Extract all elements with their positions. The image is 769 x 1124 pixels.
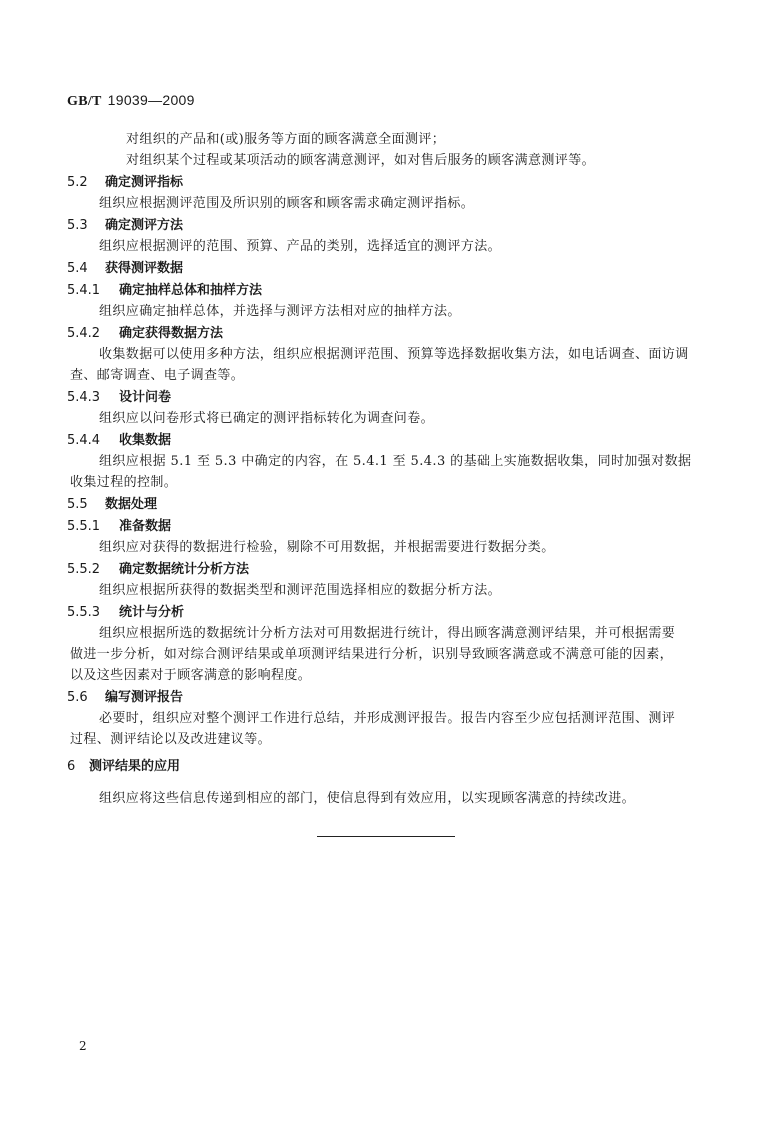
standard-prefix: GB/T (67, 94, 102, 109)
standard-number: GB/T19039—2009 (67, 92, 195, 110)
paragraph-line: 组织应根据 5.1 至 5.3 中确定的内容，在 5.4.1 至 5.4.3 的… (99, 452, 691, 472)
page-number: 2 (79, 1039, 87, 1053)
section-title: 设计问卷 (119, 390, 171, 405)
section-number: 5.2 (67, 173, 105, 193)
section-heading: 5.4获得测评数据 (67, 259, 183, 279)
paragraph-line: 组织应根据所获得的数据类型和测评范围选择相应的数据分析方法。 (99, 581, 501, 601)
paragraph-line: 查、邮寄调查、电子调查等。 (70, 366, 244, 386)
section-number: 5.5.1 (67, 517, 119, 537)
section-title: 数据处理 (105, 497, 157, 512)
section-title: 确定测评方法 (105, 218, 183, 233)
section-heading: 5.4.3设计问卷 (67, 388, 171, 408)
section-title: 收集数据 (119, 433, 171, 448)
section-title: 确定抽样总体和抽样方法 (119, 283, 262, 298)
section-heading: 5.5.1准备数据 (67, 517, 171, 537)
section-heading: 5.4.2确定获得数据方法 (67, 324, 223, 344)
section-title: 确定获得数据方法 (119, 326, 223, 341)
section-heading: 5.5.3统计与分析 (67, 603, 184, 623)
paragraph-line: 做进一步分析，如对综合测评结果或单项测评结果进行分析，识别导致顾客满意或不满意可… (70, 645, 673, 665)
standard-code: 19039—2009 (108, 92, 195, 108)
section-heading: 5.6编写测评报告 (67, 688, 183, 708)
section-heading: 5.5.2确定数据统计分析方法 (67, 560, 249, 580)
section-heading: 5.4.4收集数据 (67, 431, 171, 451)
section-heading: 6测评结果的应用 (67, 757, 180, 777)
paragraph-line: 组织应将这些信息传递到相应的部门，使信息得到有效应用，以实现顾客满意的持续改进。 (99, 789, 635, 809)
paragraph-line: 组织应以问卷形式将已确定的测评指标转化为调查问卷。 (99, 409, 434, 429)
section-title: 测评结果的应用 (89, 759, 180, 774)
section-heading: 5.3确定测评方法 (67, 216, 183, 236)
paragraph-line: 组织应对获得的数据进行检验，剔除不可用数据，并根据需要进行数据分类。 (99, 538, 555, 558)
section-number: 5.4 (67, 259, 105, 279)
section-number: 5.3 (67, 216, 105, 236)
end-rule-divider (317, 836, 455, 837)
paragraph-line: 以及这些因素对于顾客满意的影响程度。 (70, 666, 311, 686)
section-number: 5.5 (67, 495, 105, 515)
paragraph-line: 收集数据可以使用多种方法，组织应根据测评范围、预算等选择数据收集方法，如电话调查… (99, 345, 689, 365)
paragraph-line: 过程、测评结论以及改进建议等。 (70, 730, 271, 750)
paragraph-line: 对组织的产品和(或)服务等方面的顾客满意全面测评； (126, 130, 445, 150)
section-number: 5.5.2 (67, 560, 119, 580)
paragraph-line: 收集过程的控制。 (70, 473, 177, 493)
section-number: 5.4.2 (67, 324, 119, 344)
section-title: 准备数据 (119, 519, 171, 534)
section-number: 6 (67, 757, 89, 777)
section-title: 确定测评指标 (105, 175, 183, 190)
section-title: 获得测评数据 (105, 261, 183, 276)
paragraph-line: 组织应根据所选的数据统计分析方法对可用数据进行统计，得出顾客满意测评结果，并可根… (99, 624, 675, 644)
paragraph-line: 组织应确定抽样总体，并选择与测评方法相对应的抽样方法。 (99, 302, 461, 322)
section-heading: 5.4.1确定抽样总体和抽样方法 (67, 281, 262, 301)
section-number: 5.5.3 (67, 603, 119, 623)
paragraph-line: 组织应根据测评的范围、预算、产品的类别，选择适宜的测评方法。 (99, 237, 501, 257)
section-number: 5.4.4 (67, 431, 119, 451)
section-number: 5.6 (67, 688, 105, 708)
paragraph-line: 必要时，组织应对整个测评工作进行总结，并形成测评报告。报告内容至少应包括测评范围… (99, 709, 675, 729)
section-heading: 5.2确定测评指标 (67, 173, 183, 193)
section-number: 5.4.3 (67, 388, 119, 408)
section-number: 5.4.1 (67, 281, 119, 301)
section-title: 编写测评报告 (105, 690, 183, 705)
section-title: 统计与分析 (119, 605, 184, 620)
document-page: GB/T19039—2009 对组织的产品和(或)服务等方面的顾客满意全面测评；… (0, 0, 769, 1124)
paragraph-line: 对组织某个过程或某项活动的顾客满意测评，如对售后服务的顾客满意测评等。 (126, 151, 595, 171)
section-heading: 5.5数据处理 (67, 495, 157, 515)
section-title: 确定数据统计分析方法 (119, 562, 249, 577)
paragraph-line: 组织应根据测评范围及所识别的顾客和顾客需求确定测评指标。 (99, 194, 474, 214)
